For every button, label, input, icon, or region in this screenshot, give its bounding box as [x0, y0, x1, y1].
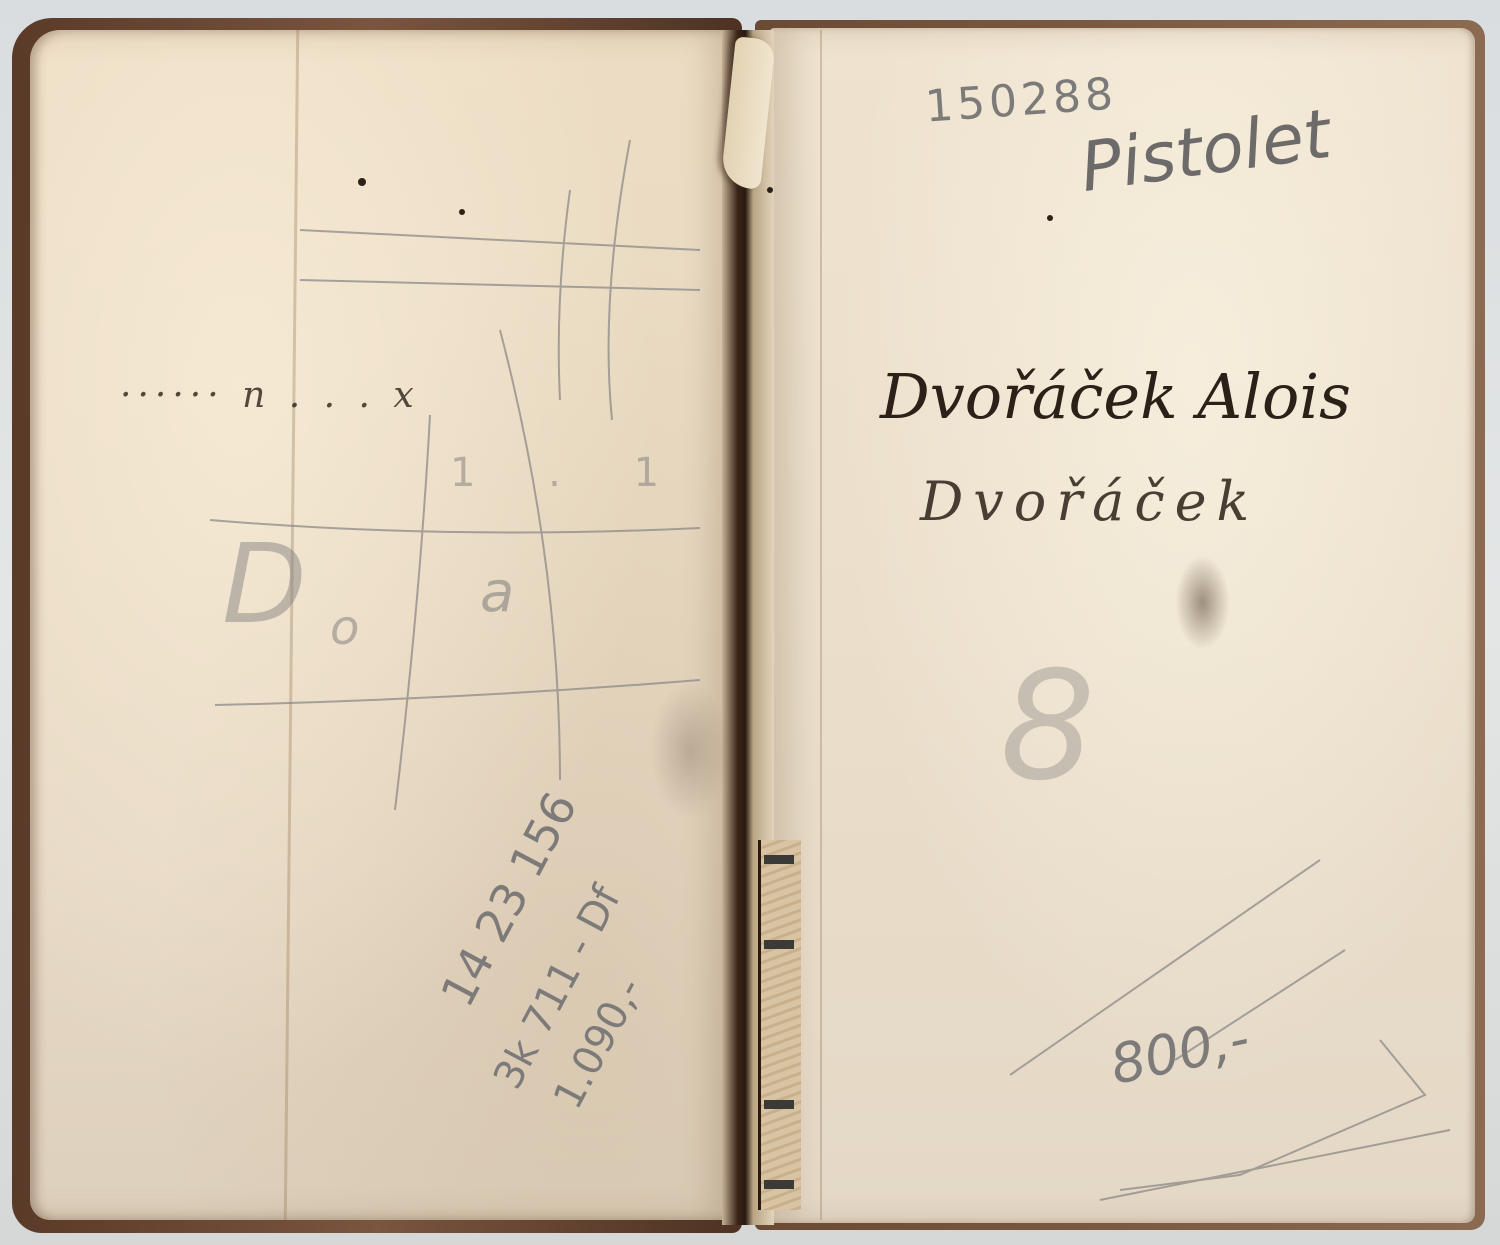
pencil-marks: 1 . 1 — [450, 450, 689, 496]
open-book: ······ n . . . x D o a 1 . 1 14 23 156 3… — [0, 0, 1500, 1245]
pencil-letter-o: o — [330, 600, 359, 656]
pencil-letter-a: a — [480, 560, 514, 625]
pencil-letter-d: D — [222, 520, 307, 648]
signature-repeat: Dvořáček — [920, 470, 1259, 533]
ink-scribble: ······ n . . . x — [120, 375, 420, 416]
pencil-doodle: 8 — [1000, 640, 1095, 814]
signature: Dvořáček Alois — [880, 360, 1351, 433]
